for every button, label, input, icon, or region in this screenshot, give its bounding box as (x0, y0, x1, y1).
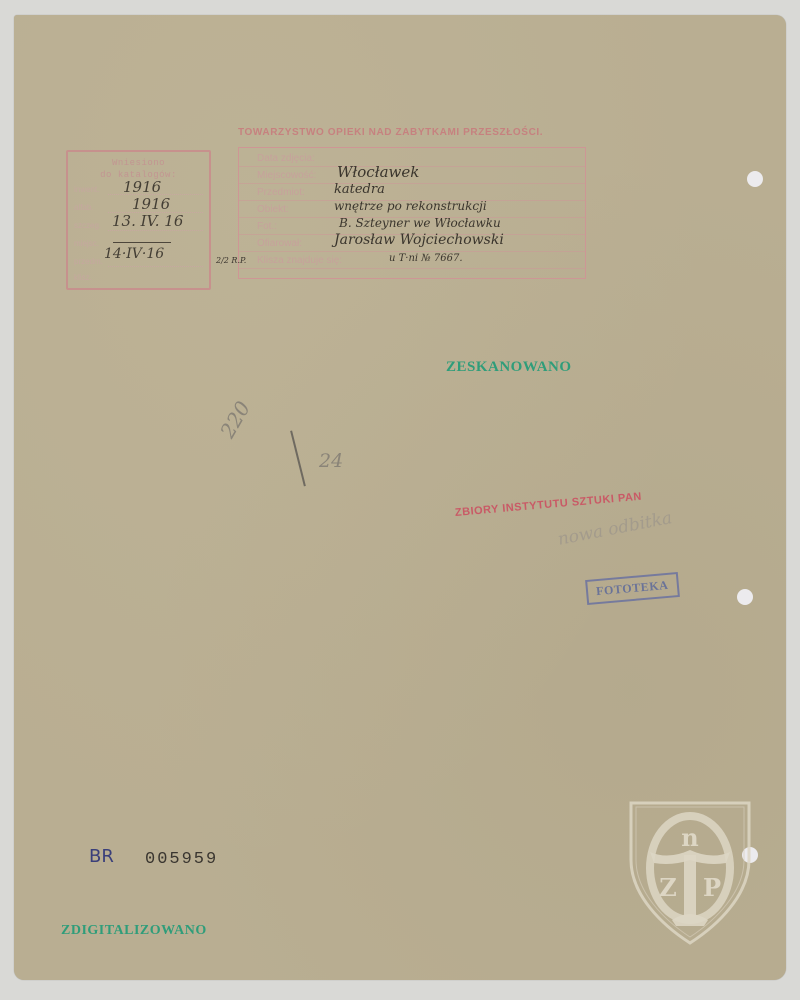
dotted-line (108, 230, 203, 231)
catalogue-stamp-box: Wniesiono do katalogów: inwent. 1916 alf… (66, 150, 211, 290)
form-label: Ofiarował: (257, 238, 302, 249)
form-label: Miejscowość: (257, 170, 316, 181)
catalogue-value: 13. IV. 16 (112, 212, 183, 230)
svg-text:n: n (681, 823, 698, 852)
pencil-number-24: 24 (319, 450, 343, 472)
shield-icon: n Z P (628, 800, 752, 945)
dotted-line (108, 266, 203, 267)
catalogue-label: przedm. (74, 257, 103, 266)
margin-note: 2/2 R.P. (216, 256, 246, 265)
inventory-number: 005959 (145, 850, 218, 869)
form-row: Miejscowość: Włocławek (239, 167, 585, 184)
catalogue-value: 14·IV·16 (104, 246, 164, 262)
form-label: Klisza znajduje się: (257, 255, 342, 266)
form-label: Data zdjęcia: (257, 153, 315, 164)
catalogue-label: inwent. (74, 185, 99, 194)
catalogue-label: miejsc. (74, 239, 99, 248)
catalogue-title-1: Wniesiono (68, 158, 209, 168)
form-value: B. Szteyner we Włocławku (339, 216, 501, 230)
form-row: Ofiarował: Jarosław Wojciechowski (239, 235, 585, 252)
form-value: wnętrze po rekonstrukcji (334, 199, 487, 213)
svg-text:P: P (703, 873, 721, 902)
form-value: katedra (334, 182, 385, 197)
form-value: u T·ni № 7667. (389, 253, 463, 264)
society-header-stamp: TOWARZYSTWO OPIEKI NAD ZABYTKAMI PRZESZŁ… (238, 127, 543, 138)
form-value: Jarosław Wojciechowski (334, 232, 504, 248)
digitized-stamp: ZDIGITALIZOWANO (61, 923, 207, 939)
catalogue-label: szczeg. (74, 221, 101, 230)
punch-hole-top (747, 171, 763, 187)
catalogue-value: 1916 (123, 178, 161, 196)
form-label: Fot.: (257, 221, 277, 232)
form-value: Włocławek (337, 163, 419, 181)
catalogue-label: klisz. (74, 273, 92, 282)
photo-form-box: Data zdjęcia: Miejscowość: Włocławek Prz… (238, 147, 586, 279)
inventory-prefix: BR (89, 846, 114, 867)
catalogue-value: 1916 (132, 195, 170, 213)
catalogue-label: alfab. (74, 203, 94, 212)
svg-text:Z: Z (659, 873, 677, 902)
nzp-watermark-emblem: n Z P (628, 800, 752, 945)
scanned-stamp: ZESKANOWANO (446, 359, 572, 376)
punch-hole-middle (737, 589, 753, 605)
form-row: Klisza znajduje się: u T·ni № 7667. (239, 252, 585, 269)
form-label: Przedmiot: (257, 187, 305, 198)
underline (113, 242, 171, 243)
form-label: Obiekt: (257, 204, 289, 215)
